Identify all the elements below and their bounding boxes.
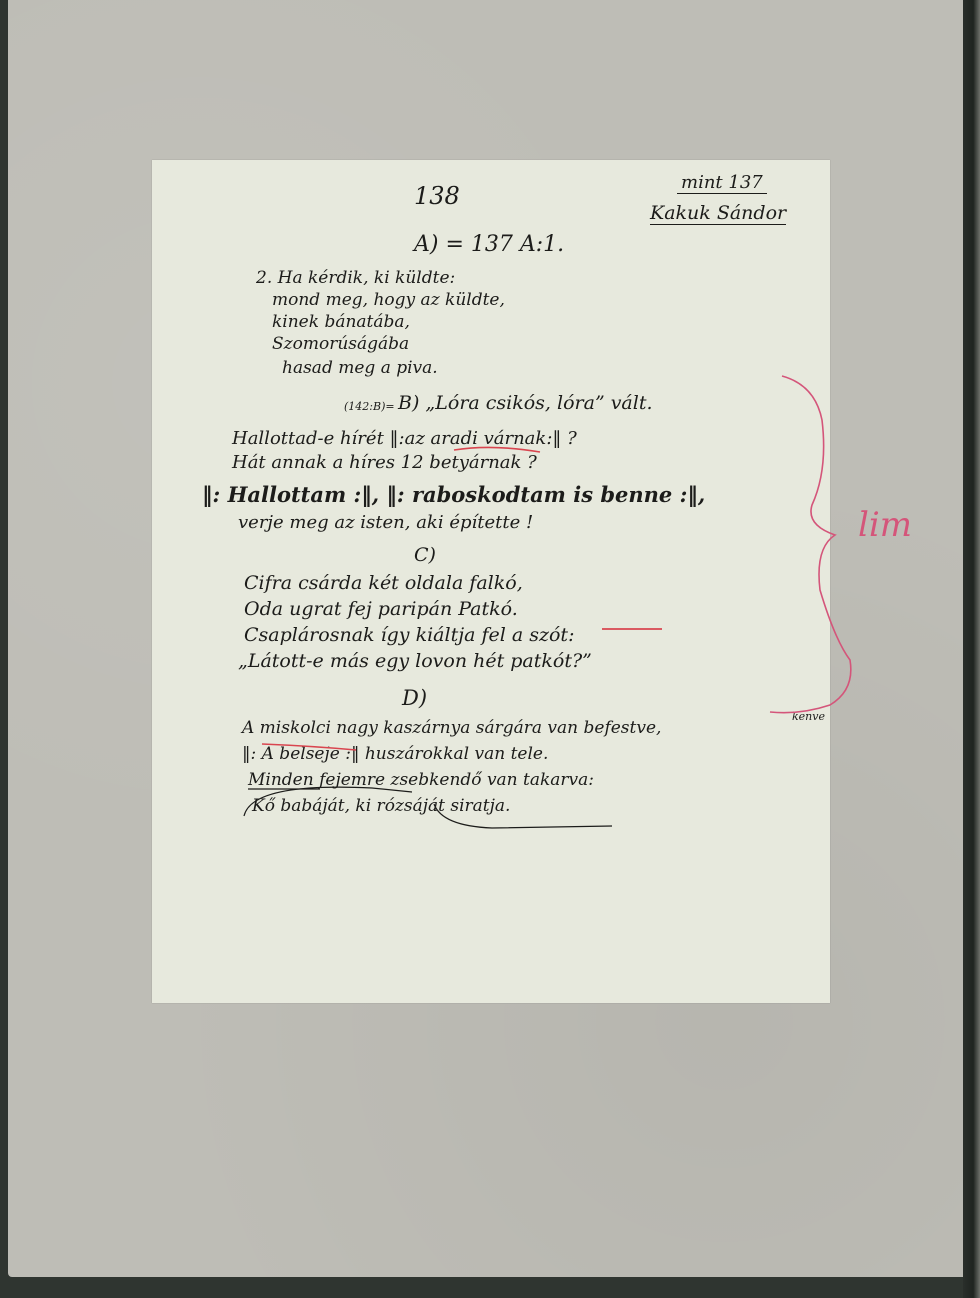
verse-c-line-1: Cifra csárda két oldala falkó, — [244, 572, 523, 594]
reference-note: mint 137 — [677, 172, 767, 194]
verse-c-line-2: Oda ugrat fej paripán Patkó. — [244, 598, 518, 620]
verse-c-line-3: Csaplárosnak így kiáltja fel a szót: — [244, 624, 574, 646]
verse-a-line-1: 2. Ha kérdik, ki küldte: — [256, 268, 455, 288]
section-b-heading: B) „Lóra csikós, lóra” vált. — [398, 392, 653, 414]
verse-d-line-2: ‖: A belseje :‖ huszárokkal van tele. — [242, 744, 548, 764]
board-edge-shadow — [963, 0, 980, 1298]
verse-d-line-1: A miskolci nagy kaszárnya sárgára van be… — [242, 718, 661, 738]
verse-b-line-4: verje meg az isten, aki építette ! — [238, 512, 533, 533]
collector-name: Kakuk Sándor — [650, 202, 786, 225]
verse-d-line-4: Kő babáját, ki rózsáját siratja. — [252, 796, 510, 816]
verse-a-line-3: kinek bánatába, — [272, 312, 410, 332]
section-b-reference: (142:B)= — [344, 400, 395, 413]
verse-a-line-5: hasad meg a piva. — [282, 358, 438, 378]
section-c-heading: C) — [414, 544, 436, 566]
verse-c-line-4: „Látott-e más egy lovon hét patkót?” — [238, 650, 592, 672]
verse-b-line-2: Hát annak a híres 12 betyárnak ? — [232, 452, 537, 473]
section-a-heading: A) = 137 A:1. — [414, 232, 564, 257]
verse-b-line-3: ‖: Hallottam :‖, ‖: raboskodtam is benne… — [202, 482, 705, 507]
page-number: 138 — [414, 182, 460, 210]
verse-b-line-1: Hallottad-e hírét ‖:az aradi várnak:‖ ? — [232, 428, 577, 449]
verse-d-line-3: Minden fejemre zsebkendő van takarva: — [248, 770, 594, 790]
verse-a-line-4: Szomorúságába — [272, 334, 409, 354]
margin-note: lim — [858, 505, 912, 545]
manuscript-page: 138 mint 137 Kakuk Sándor A) = 137 A:1. … — [152, 160, 830, 1003]
section-d-heading: D) — [402, 686, 427, 710]
verse-a-line-2: mond meg, hogy az küldte, — [272, 290, 505, 310]
correction-note: kenve — [792, 710, 825, 723]
